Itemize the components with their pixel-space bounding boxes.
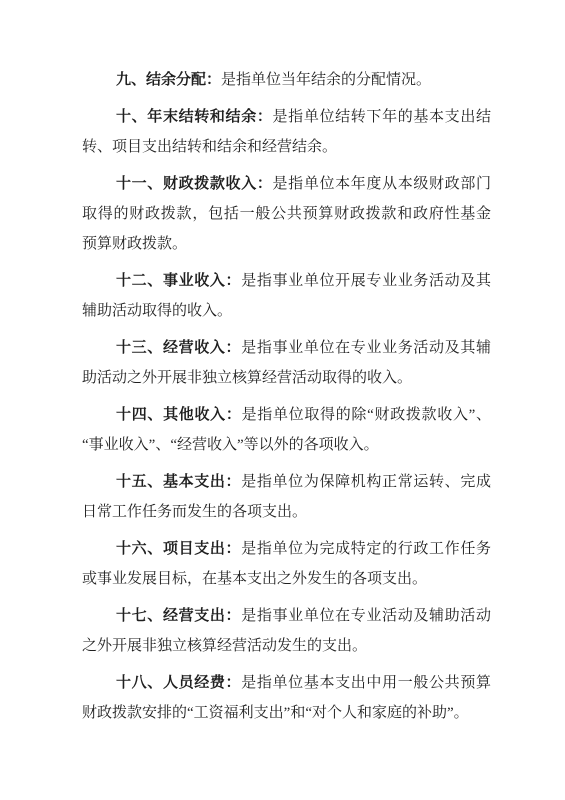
text-line: 十六、项目支出：是指单位为完成特定的行政工作任务	[82, 534, 491, 564]
text-line: 十七、经营支出：是指事业单位在专业活动及辅助活动	[82, 601, 491, 631]
term-label: 十七、经营支出：	[116, 608, 241, 624]
definition-text: 是指单位本年度从本级财政部门	[273, 176, 491, 192]
text-line: 十一、财政拨款收入：是指单位本年度从本级财政部门	[82, 169, 491, 199]
text-line: “事业收入”、“经营收入”等以外的各项收入。	[82, 430, 491, 460]
term-label: 十五、基本支出：	[116, 474, 241, 490]
text-line: 预算财政拨款。	[82, 229, 491, 259]
text-line: 助活动之外开展非独立核算经营活动取得的收入。	[82, 363, 491, 393]
term-label: 十六、项目支出：	[116, 541, 241, 557]
term-label: 十三、经营收入：	[116, 340, 241, 356]
text-line: 日常工作任务而发生的各项支出。	[82, 497, 491, 527]
term-label: 十、年末结转和结余：	[116, 109, 273, 125]
text-line: 十二、事业收入：是指事业单位开展专业业务活动及其	[82, 266, 491, 296]
term-label: 十八、人员经费：	[116, 675, 241, 691]
definition-paragraph: 十五、基本支出：是指单位为保障机构正常运转、完成日常工作任务而发生的各项支出。	[82, 467, 491, 527]
definition-text: 是指事业单位在专业活动及辅助活动	[241, 608, 491, 624]
text-line: 辅助活动取得的收入。	[82, 296, 491, 326]
text-line: 之外开展非独立核算经营活动发生的支出。	[82, 631, 491, 661]
definition-text: 是指事业单位开展专业业务活动及其	[241, 273, 491, 289]
definition-paragraph: 十八、人员经费：是指单位基本支出中用一般公共预算财政拨款安排的“工资福利支出”和…	[82, 668, 491, 728]
text-line: 十三、经营收入：是指事业单位在专业业务活动及其辅	[82, 333, 491, 363]
term-label: 九、结余分配：	[116, 72, 221, 88]
definitions-section: 九、结余分配：是指单位当年结余的分配情况。十、年末结转和结余：是指单位结转下年的…	[82, 65, 491, 735]
definition-text: 是指单位结转下年的基本支出结	[273, 109, 491, 125]
text-line: 十四、其他收入：是指单位取得的除“财政拨款收入”、	[82, 400, 491, 430]
text-line: 取得的财政拨款，包括一般公共预算财政拨款和政府性基金	[82, 199, 491, 229]
text-line: 十、年末结转和结余：是指单位结转下年的基本支出结	[82, 102, 491, 132]
text-line: 转、项目支出结转和结余和经营结余。	[82, 132, 491, 162]
definition-text: 是指单位为完成特定的行政工作任务	[241, 541, 491, 557]
definition-text: 是指单位基本支出中用一般公共预算	[241, 675, 491, 691]
definition-paragraph: 十一、财政拨款收入：是指单位本年度从本级财政部门取得的财政拨款，包括一般公共预算…	[82, 169, 491, 259]
definition-paragraph: 九、结余分配：是指单位当年结余的分配情况。	[82, 65, 491, 95]
text-line: 财政拨款安排的“工资福利支出”和“对个人和家庭的补助”。	[82, 698, 491, 728]
definition-text: 是指单位取得的除“财政拨款收入”、	[242, 407, 491, 423]
text-line: 或事业发展目标，在基本支出之外发生的各项支出。	[82, 564, 491, 594]
definition-paragraph: 十七、经营支出：是指事业单位在专业活动及辅助活动之外开展非独立核算经营活动发生的…	[82, 601, 491, 661]
document-page: 九、结余分配：是指单位当年结余的分配情况。十、年末结转和结余：是指单位结转下年的…	[0, 0, 565, 800]
definition-paragraph: 十四、其他收入：是指单位取得的除“财政拨款收入”、“事业收入”、“经营收入”等以…	[82, 400, 491, 460]
definition-paragraph: 十三、经营收入：是指事业单位在专业业务活动及其辅助活动之外开展非独立核算经营活动…	[82, 333, 491, 393]
term-label: 十二、事业收入：	[116, 273, 241, 289]
text-line: 十八、人员经费：是指单位基本支出中用一般公共预算	[82, 668, 491, 698]
definition-text: 是指事业单位在专业业务活动及其辅	[241, 340, 491, 356]
definition-paragraph: 十六、项目支出：是指单位为完成特定的行政工作任务或事业发展目标，在基本支出之外发…	[82, 534, 491, 594]
definition-paragraph: 十、年末结转和结余：是指单位结转下年的基本支出结转、项目支出结转和结余和经营结余…	[82, 102, 491, 162]
text-line: 九、结余分配：是指单位当年结余的分配情况。	[82, 65, 491, 95]
term-label: 十一、财政拨款收入：	[116, 176, 273, 192]
term-label: 十四、其他收入：	[116, 407, 242, 423]
definition-paragraph: 十二、事业收入：是指事业单位开展专业业务活动及其辅助活动取得的收入。	[82, 266, 491, 326]
definition-text: 是指单位当年结余的分配情况。	[221, 72, 431, 88]
definition-text: 是指单位为保障机构正常运转、完成	[241, 474, 491, 490]
text-line: 十五、基本支出：是指单位为保障机构正常运转、完成	[82, 467, 491, 497]
